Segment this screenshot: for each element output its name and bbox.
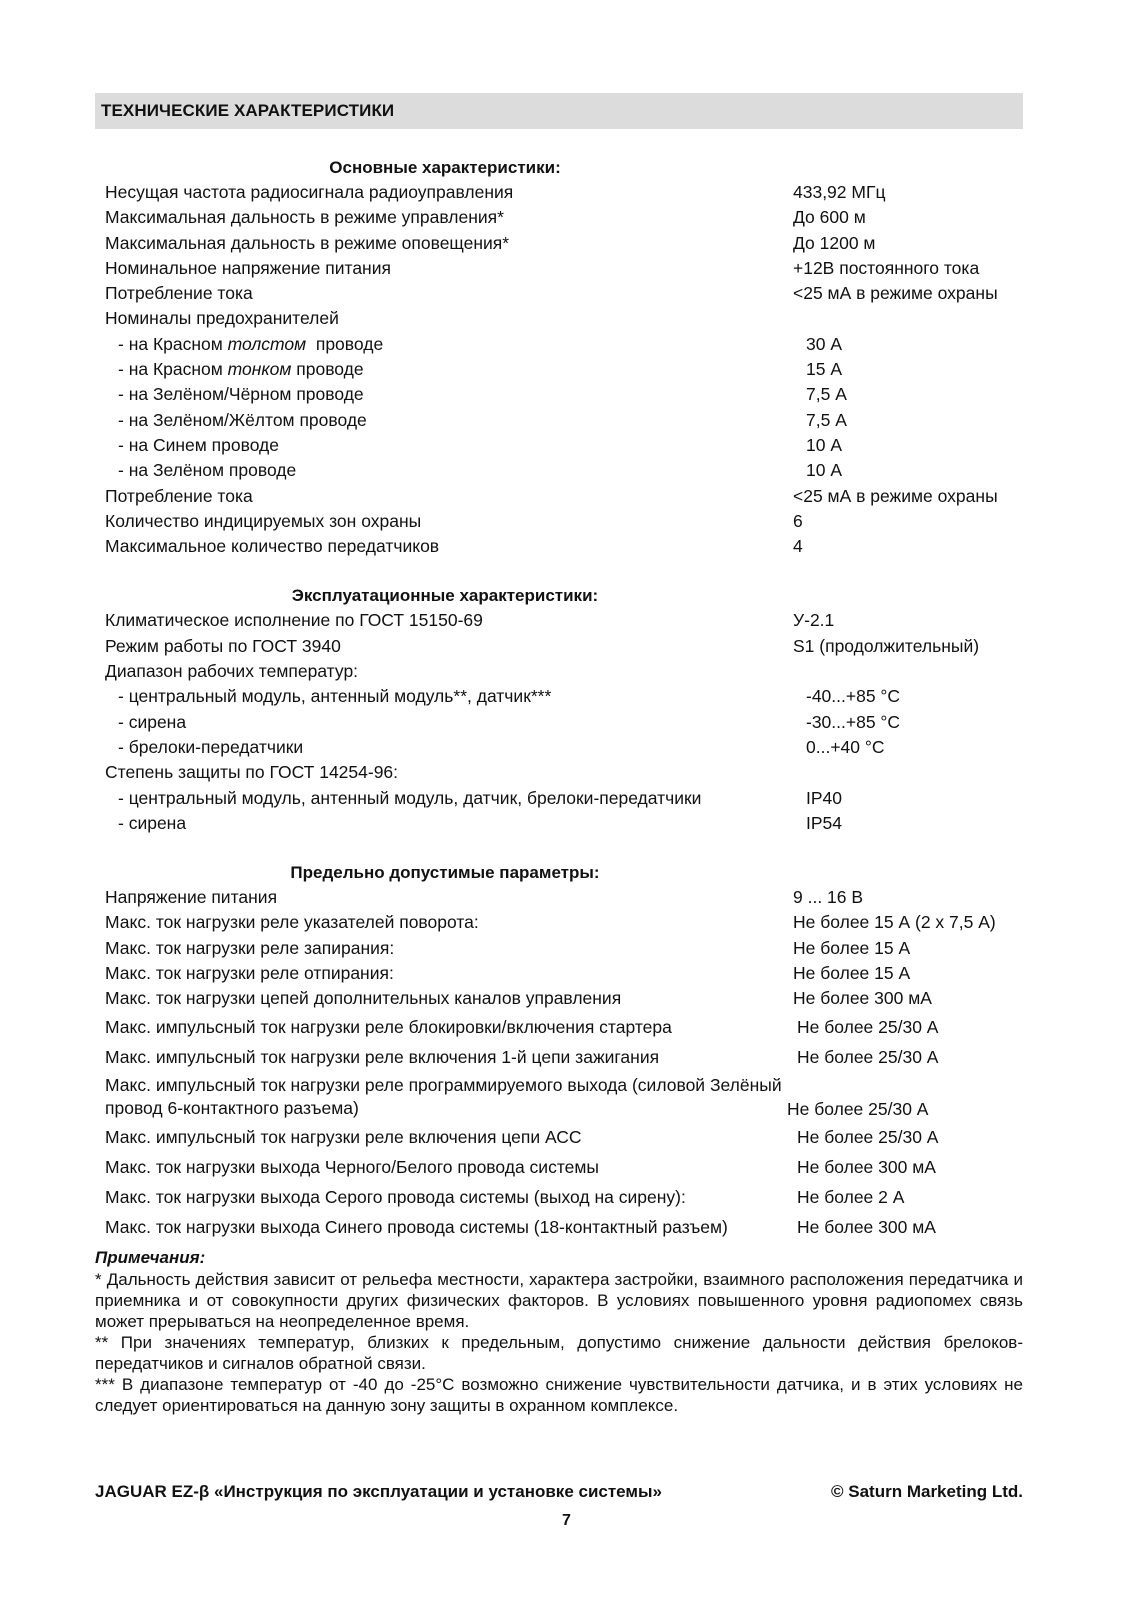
spec-label: - на Красном тонком проводе [95,357,806,382]
label-text: проводе [306,334,383,354]
spec-label: Максимальная дальность в режиме управлен… [95,205,793,230]
spec-row: Макс. ток нагрузки реле запирания:Не бол… [95,936,1023,961]
spec-table-limits: Напряжение питания9 ... 16 В Макс. ток н… [95,885,1023,1241]
spec-label: Макс. ток нагрузки выхода Серого провода… [95,1182,793,1212]
spec-row: Несущая частота радиосигнала радиоуправл… [95,180,1023,205]
spec-value: Не более 15 А [793,961,910,986]
spec-value: Не более 300 мА [793,1212,936,1242]
spec-value: 7,5 А [806,382,847,407]
spec-row: Макс. ток нагрузки реле указателей повор… [95,910,1023,935]
spec-value: -30...+85 °С [806,710,900,735]
spec-row: Степень защиты по ГОСТ 14254-96: [95,760,1023,785]
spec-label: - центральный модуль, антенный модуль**,… [95,684,806,709]
footer-document-title: JAGUAR EZ-β «Инструкция по эксплуатации … [95,1482,662,1502]
spec-row: Номинальное напряжение питания+12В посто… [95,256,1023,281]
spec-label: Максимальное количество передатчиков [95,534,793,559]
spec-table-main: Несущая частота радиосигнала радиоуправл… [95,180,1023,559]
spec-value: Не более 300 мА [793,1152,936,1182]
spec-label: Макс. ток нагрузки выхода Черного/Белого… [95,1152,793,1182]
note-item: * Дальность действия зависит от рельефа … [95,1269,1023,1332]
spec-value: 9 ... 16 В [793,885,863,910]
spec-row: Номиналы предохранителей [95,306,1023,331]
spec-row: - брелоки-передатчики0...+40 °С [95,735,1023,760]
spec-label: - брелоки-передатчики [95,735,806,760]
spec-row: Максимальное количество передатчиков4 [95,534,1023,559]
section-title-operational: Эксплуатационные характеристики: [95,583,795,608]
footer-copyright: © Saturn Marketing Ltd. [831,1482,1023,1502]
note-text: При значениях температур, близких к пред… [95,1333,1023,1373]
spec-label: Номинальное напряжение питания [95,256,793,281]
spec-value: До 1200 м [793,231,875,256]
spec-label: - на Зелёном проводе [95,458,806,483]
spec-label: Макс. ток нагрузки выхода Синего провода… [95,1212,793,1242]
spec-value: <25 мА в режиме охраны [793,484,998,509]
spec-row: Максимальная дальность в режиме оповещен… [95,231,1023,256]
spec-value: 4 [793,534,803,559]
label-emphasis: толстом [228,334,306,354]
spec-value: У-2.1 [793,608,834,633]
spec-value: 10 А [806,458,842,483]
spec-row: Макс. ток нагрузки выхода Синего провода… [95,1212,1023,1242]
spec-label: Потребление тока [95,281,793,306]
spec-label: Макс. ток нагрузки реле отпирания: [95,961,793,986]
section-title-main: Основные характеристики: [95,155,795,180]
spec-value: До 600 м [793,205,866,230]
spec-row: Макс. импульсный ток нагрузки реле блоки… [95,1012,1023,1042]
page-title: ТЕХНИЧЕСКИЕ ХАРАКТЕРИСТИКИ [95,93,1023,129]
spec-label: Макс. импульсный ток нагрузки реле прогр… [95,1074,783,1122]
document-page: ТЕХНИЧЕСКИЕ ХАРАКТЕРИСТИКИ Основные хара… [95,93,1023,1416]
spec-label: - сирена [95,811,806,836]
spec-row: Макс. импульсный ток нагрузки реле прогр… [95,1072,1023,1122]
spec-row: Напряжение питания9 ... 16 В [95,885,1023,910]
spec-row: Макс. ток нагрузки цепей дополнительных … [95,986,1023,1011]
spec-value: <25 мА в режиме охраны [793,281,998,306]
spec-label: Макс. ток нагрузки реле запирания: [95,936,793,961]
spec-value: +12В постоянного тока [793,256,979,281]
spec-label: - на Синем проводе [95,433,806,458]
notes-title: Примечания: [95,1247,1023,1269]
spec-label: Макс. импульсный ток нагрузки реле блоки… [95,1012,793,1042]
spec-row: Диапазон рабочих температур: [95,659,1023,684]
spec-label: Максимальная дальность в режиме оповещен… [95,231,793,256]
spec-row: Режим работы по ГОСТ 3940S1 (продолжител… [95,634,1023,659]
spec-label: - на Зелёном/Чёрном проводе [95,382,806,407]
note-text: Дальность действия зависит от рельефа ме… [95,1270,1023,1331]
spec-value: 15 А [806,357,842,382]
spec-label: Номиналы предохранителей [95,306,793,331]
spec-value: Не более 15 А [793,936,910,961]
spec-label: Диапазон рабочих температур: [95,659,793,684]
spec-row: - центральный модуль, антенный модуль**,… [95,684,1023,709]
spec-value: 6 [793,509,803,534]
spec-value: 433,92 МГц [793,180,885,205]
spec-value: 10 А [806,433,842,458]
spec-label: Количество индицируемых зон охраны [95,509,793,534]
spec-row: - на Зелёном проводе10 А [95,458,1023,483]
spec-value: 7,5 А [806,408,847,433]
page-footer: JAGUAR EZ-β «Инструкция по эксплуатации … [95,1482,1023,1502]
label-emphasis: тонком [228,359,292,379]
note-item: *** В диапазоне температур от -40 до -25… [95,1374,1023,1416]
spec-label: Макс. ток нагрузки цепей дополнительных … [95,986,793,1011]
spec-label: Климатическое исполнение по ГОСТ 15150-6… [95,608,793,633]
note-marker: *** [95,1375,115,1394]
spec-value: Не более 2 А [793,1182,904,1212]
spec-value: Не более 25/30 А [793,1042,938,1072]
spec-row: - на Красном тонком проводе15 А [95,357,1023,382]
spec-value: -40...+85 °С [806,684,900,709]
spec-label: Несущая частота радиосигнала радиоуправл… [95,180,793,205]
spec-label: Макс. импульсный ток нагрузки реле включ… [95,1122,793,1152]
spec-value: Не более 15 А (2 х 7,5 А) [793,910,996,935]
spec-label: Напряжение питания [95,885,793,910]
label-text: проводе [291,359,363,379]
spec-label: - на Красном толстом проводе [95,332,806,357]
spec-row: Макс. ток нагрузки реле отпирания:Не бол… [95,961,1023,986]
spec-value: IP40 [806,786,842,811]
spec-row: Максимальная дальность в режиме управлен… [95,205,1023,230]
spec-label: - на Зелёном/Жёлтом проводе [95,408,806,433]
spec-label: Макс. импульсный ток нагрузки реле включ… [95,1042,793,1072]
spec-value: S1 (продолжительный) [793,634,979,659]
spec-row: Потребление тока<25 мА в режиме охраны [95,281,1023,306]
spec-row: Макс. ток нагрузки выхода Серого провода… [95,1182,1023,1212]
spec-value: Не более 25/30 А [793,1122,938,1152]
spec-row: - на Зелёном/Чёрном проводе7,5 А [95,382,1023,407]
spec-row: - на Синем проводе10 А [95,433,1023,458]
spec-label: Степень защиты по ГОСТ 14254-96: [95,760,793,785]
spec-value: Не более 300 мА [793,986,932,1011]
page-number: 7 [0,1512,1133,1530]
spec-table-operational: Климатическое исполнение по ГОСТ 15150-6… [95,608,1023,836]
spec-row: - центральный модуль, антенный модуль, д… [95,786,1023,811]
spec-value: 0...+40 °С [806,735,885,760]
spec-value: Не более 25/30 А [783,1097,928,1122]
note-item: ** При значениях температур, близких к п… [95,1332,1023,1374]
spec-label: - сирена [95,710,806,735]
label-text: - на Красном [118,334,228,354]
note-marker: * [95,1270,102,1289]
spec-label: - центральный модуль, антенный модуль, д… [95,786,806,811]
spec-row: Макс. импульсный ток нагрузки реле включ… [95,1122,1023,1152]
spec-row: - на Зелёном/Жёлтом проводе7,5 А [95,408,1023,433]
spec-row: Потребление тока<25 мА в режиме охраны [95,484,1023,509]
spec-value: 30 А [806,332,842,357]
spec-row: - сиренаIP54 [95,811,1023,836]
spec-row: - на Красном толстом проводе30 А [95,332,1023,357]
spec-label: Потребление тока [95,484,793,509]
spec-label: Макс. ток нагрузки реле указателей повор… [95,910,793,935]
spec-row: Количество индицируемых зон охраны6 [95,509,1023,534]
note-text: В диапазоне температур от -40 до -25°С в… [95,1375,1023,1415]
section-title-limits: Предельно допустимые параметры: [95,860,795,885]
spec-row: - сирена-30...+85 °С [95,710,1023,735]
note-marker: ** [95,1333,108,1352]
label-text: - на Красном [118,359,228,379]
spec-row: Макс. импульсный ток нагрузки реле включ… [95,1042,1023,1072]
spec-row: Климатическое исполнение по ГОСТ 15150-6… [95,608,1023,633]
spec-row: Макс. ток нагрузки выхода Черного/Белого… [95,1152,1023,1182]
spec-value: Не более 25/30 А [793,1012,938,1042]
spec-label: Режим работы по ГОСТ 3940 [95,634,793,659]
spec-value: IP54 [806,811,842,836]
